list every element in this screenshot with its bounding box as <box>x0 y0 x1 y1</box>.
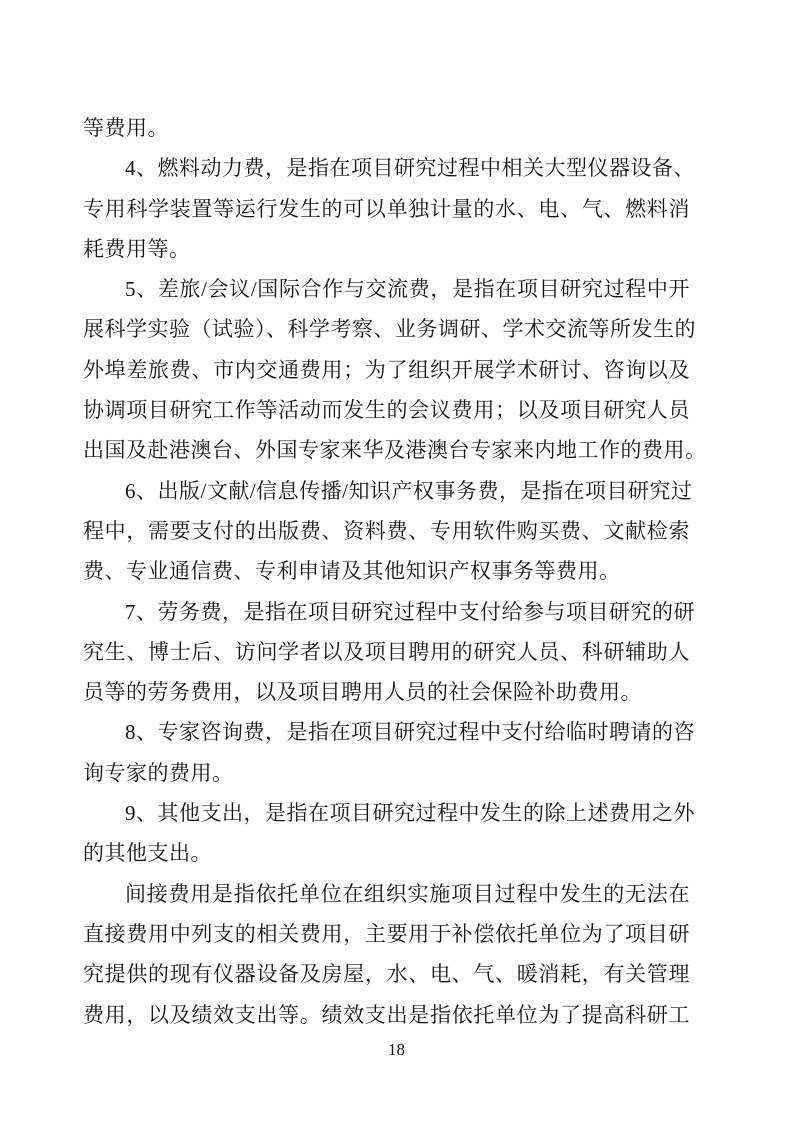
text-block: 等费用。4、燃料动力费，是指在项目研究过程中相关大型仪器设备、专用科学装置等运行… <box>83 108 690 1035</box>
text-line: 9、其他支出，是指在项目研究过程中发生的除上述费用之外 <box>83 793 690 833</box>
text-line: 5、差旅/会议/国际合作与交流费，是指在项目研究过程中开 <box>83 269 690 309</box>
text-line: 8、专家咨询费，是指在项目研究过程中支付给临时聘请的咨 <box>83 712 690 752</box>
text-line: 员等的劳务费用，以及项目聘用人员的社会保险补助费用。 <box>83 672 690 712</box>
text-line: 协调项目研究工作等活动而发生的会议费用；以及项目研究人员 <box>83 390 690 430</box>
text-line: 出国及赴港澳台、外国专家来华及港澳台专家来内地工作的费用。 <box>83 430 690 470</box>
text-line: 费、专业通信费、专利申请及其他知识产权事务等费用。 <box>83 551 690 591</box>
document-page: 等费用。4、燃料动力费，是指在项目研究过程中相关大型仪器设备、专用科学装置等运行… <box>0 0 793 1122</box>
text-line: 等费用。 <box>83 108 690 148</box>
text-line: 耗费用等。 <box>83 229 690 269</box>
text-line: 6、出版/文献/信息传播/知识产权事务费，是指在项目研究过 <box>83 471 690 511</box>
text-line: 究生、博士后、访问学者以及项目聘用的研究人员、科研辅助人 <box>83 632 690 672</box>
text-line: 究提供的现有仪器设备及房屋，水、电、气、暖消耗，有关管理 <box>83 954 690 994</box>
text-line: 程中，需要支付的出版费、资料费、专用软件购买费、文献检索 <box>83 511 690 551</box>
text-line: 的其他支出。 <box>83 833 690 873</box>
text-line: 询专家的费用。 <box>83 753 690 793</box>
text-line: 费用，以及绩效支出等。绩效支出是指依托单位为了提高科研工 <box>83 995 690 1035</box>
text-line: 外埠差旅费、市内交通费用；为了组织开展学术研讨、咨询以及 <box>83 350 690 390</box>
text-line: 间接费用是指依托单位在组织实施项目过程中发生的无法在 <box>83 874 690 914</box>
text-line: 专用科学装置等运行发生的可以单独计量的水、电、气、燃料消 <box>83 189 690 229</box>
text-line: 4、燃料动力费，是指在项目研究过程中相关大型仪器设备、 <box>83 148 690 188</box>
text-line: 展科学实验（试验）、科学考察、业务调研、学术交流等所发生的 <box>83 309 690 349</box>
page-number: 18 <box>0 1040 793 1060</box>
text-line: 直接费用中列支的相关费用，主要用于补偿依托单位为了项目研 <box>83 914 690 954</box>
text-line: 7、劳务费，是指在项目研究过程中支付给参与项目研究的研 <box>83 592 690 632</box>
